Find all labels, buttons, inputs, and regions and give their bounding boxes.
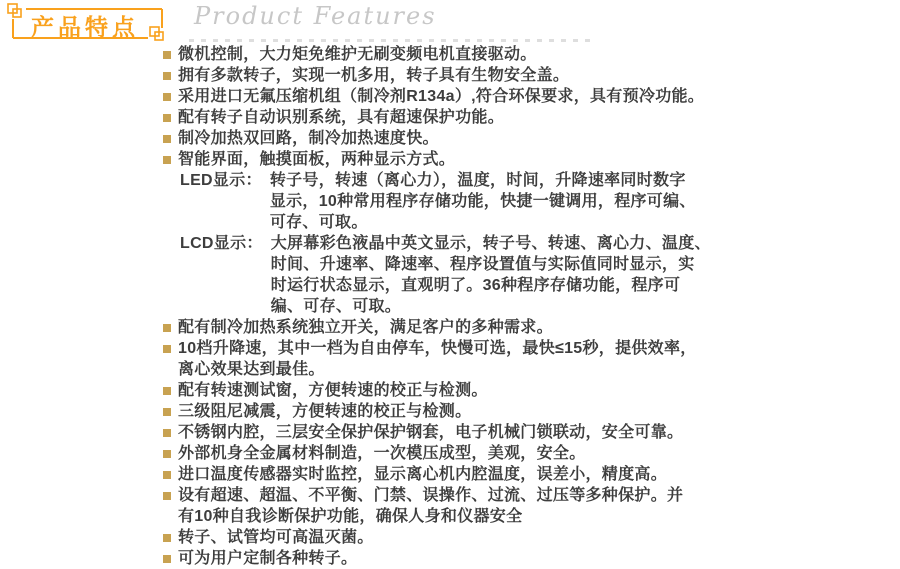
display-text-line: 编、可存、可取。 [271, 296, 818, 317]
feature-text: 拥有多款转子，实现一机多用，转子具有生物安全盖。 [178, 65, 818, 86]
lcd-display-text: 大屏幕彩色液晶中英文显示，转子号、转速、离心力、温度、 时间、升速率、降速率、程… [271, 233, 818, 317]
bullet-square-icon [163, 324, 171, 332]
display-text-line: 大屏幕彩色液晶中英文显示，转子号、转速、离心力、温度、 [271, 233, 818, 254]
feature-item: 设有超速、超温、不平衡、门禁、误操作、过流、过压等多种保护。并 有10种自我诊断… [163, 485, 818, 527]
feature-item: 不锈钢内腔，三层安全保护保护钢套，电子机械门锁联动，安全可靠。 [163, 422, 818, 443]
feature-text: 外部机身全金属材料制造，一次模压成型，美观，安全。 [178, 443, 818, 464]
bullet-square-icon [163, 555, 171, 563]
subtitle-reflection-decoration [189, 39, 593, 42]
page-subtitle: Product Features [194, 2, 437, 30]
product-features-page: 产品特点 Product Features 微机控制，大力矩免维护无刷变频电机直… [0, 0, 900, 569]
bullet-square-icon [163, 51, 171, 59]
feature-text: 设有超速、超温、不平衡、门禁、误操作、过流、过压等多种保护。并 [178, 485, 818, 506]
bullet-square-icon [163, 492, 171, 500]
feature-item: 三级阻尼减震，方便转速的校正与检测。 [163, 401, 818, 422]
bullet-square-icon [163, 156, 171, 164]
feature-item: 配有转速测试窗，方便转速的校正与检测。 [163, 380, 818, 401]
feature-text: 不锈钢内腔，三层安全保护保护钢套，电子机械门锁联动，安全可靠。 [178, 422, 818, 443]
feature-item: 10档升降速，其中一档为自由停车，快慢可选，最快≤15秒，提供效率， 离心效果达… [163, 338, 818, 380]
bullet-square-icon [163, 72, 171, 80]
feature-text: 10档升降速，其中一档为自由停车，快慢可选，最快≤15秒，提供效率， [178, 338, 818, 359]
lcd-display-row: LCD显示： 大屏幕彩色液晶中英文显示，转子号、转速、离心力、温度、 时间、升速… [163, 233, 818, 317]
header: 产品特点 Product Features [0, 0, 900, 46]
feature-text: 微机控制，大力矩免维护无刷变频电机直接驱动。 [178, 44, 818, 65]
bullet-square-icon [163, 429, 171, 437]
feature-text: 制冷加热双回路，制冷加热速度快。 [178, 128, 818, 149]
bullet-square-icon [163, 471, 171, 479]
feature-text: 配有转子自动识别系统，具有超速保护功能。 [178, 107, 818, 128]
bullet-square-icon [163, 114, 171, 122]
led-display-text: 转子号，转速（离心力），温度，时间，升降速率同时数字 显示，10种常用程序存储功… [270, 170, 818, 233]
lcd-display-label: LCD显示： [180, 233, 271, 254]
feature-text: 进口温度传感器实时监控，显示离心机内腔温度，误差小，精度高。 [178, 464, 818, 485]
bullet-square-icon [163, 345, 171, 353]
feature-text: 配有转速测试窗，方便转速的校正与检测。 [178, 380, 818, 401]
feature-item: 拥有多款转子，实现一机多用，转子具有生物安全盖。 [163, 65, 818, 86]
feature-item: 外部机身全金属材料制造，一次模压成型，美观，安全。 [163, 443, 818, 464]
feature-item: 微机控制，大力矩免维护无刷变频电机直接驱动。 [163, 44, 818, 65]
feature-item: 配有制冷加热系统独立开关，满足客户的多种需求。 [163, 317, 818, 338]
led-display-label: LED显示： [180, 170, 270, 191]
feature-text: 有10种自我诊断保护功能，确保人身和仪器安全 [178, 506, 818, 527]
display-text-line: 时间、升速率、降速率、程序设置值与实际值同时显示，实 [271, 254, 818, 275]
bullet-square-icon [163, 135, 171, 143]
feature-text: 转子、试管均可高温灭菌。 [178, 527, 818, 548]
feature-text: 三级阻尼减震，方便转速的校正与检测。 [178, 401, 818, 422]
display-text-line: 时运行状态显示，直观明了。36种程序存储功能，程序可 [271, 275, 818, 296]
bullet-square-icon [163, 387, 171, 395]
product-features-badge: 产品特点 [4, 1, 168, 44]
features-list: 微机控制，大力矩免维护无刷变频电机直接驱动。 拥有多款转子，实现一机多用，转子具… [163, 44, 818, 569]
feature-text: 离心效果达到最佳。 [178, 359, 818, 380]
feature-text: 智能界面，触摸面板，两种显示方式。 [178, 149, 818, 170]
badge-title: 产品特点 [31, 9, 139, 42]
feature-item: 可为用户定制各种转子。 [163, 548, 818, 569]
bullet-square-icon [163, 93, 171, 101]
feature-item: 进口温度传感器实时监控，显示离心机内腔温度，误差小，精度高。 [163, 464, 818, 485]
feature-item: 智能界面，触摸面板，两种显示方式。 [163, 149, 818, 170]
feature-text: 采用进口无氟压缩机组（制冷剂R134a）,符合环保要求，具有预冷功能。 [178, 86, 818, 107]
feature-text: 配有制冷加热系统独立开关，满足客户的多种需求。 [178, 317, 818, 338]
feature-item: 转子、试管均可高温灭菌。 [163, 527, 818, 548]
display-text-line: 转子号，转速（离心力），温度，时间，升降速率同时数字 [270, 170, 818, 191]
display-text-line: 可存、可取。 [270, 212, 818, 233]
bullet-square-icon [163, 450, 171, 458]
display-text-line: 显示，10种常用程序存储功能，快捷一键调用，程序可编、 [270, 191, 818, 212]
feature-text: 可为用户定制各种转子。 [178, 548, 818, 569]
feature-item: 配有转子自动识别系统，具有超速保护功能。 [163, 107, 818, 128]
led-display-row: LED显示： 转子号，转速（离心力），温度，时间，升降速率同时数字 显示，10种… [163, 170, 818, 233]
bullet-square-icon [163, 408, 171, 416]
feature-item: 制冷加热双回路，制冷加热速度快。 [163, 128, 818, 149]
feature-item: 采用进口无氟压缩机组（制冷剂R134a）,符合环保要求，具有预冷功能。 [163, 86, 818, 107]
bullet-square-icon [163, 534, 171, 542]
